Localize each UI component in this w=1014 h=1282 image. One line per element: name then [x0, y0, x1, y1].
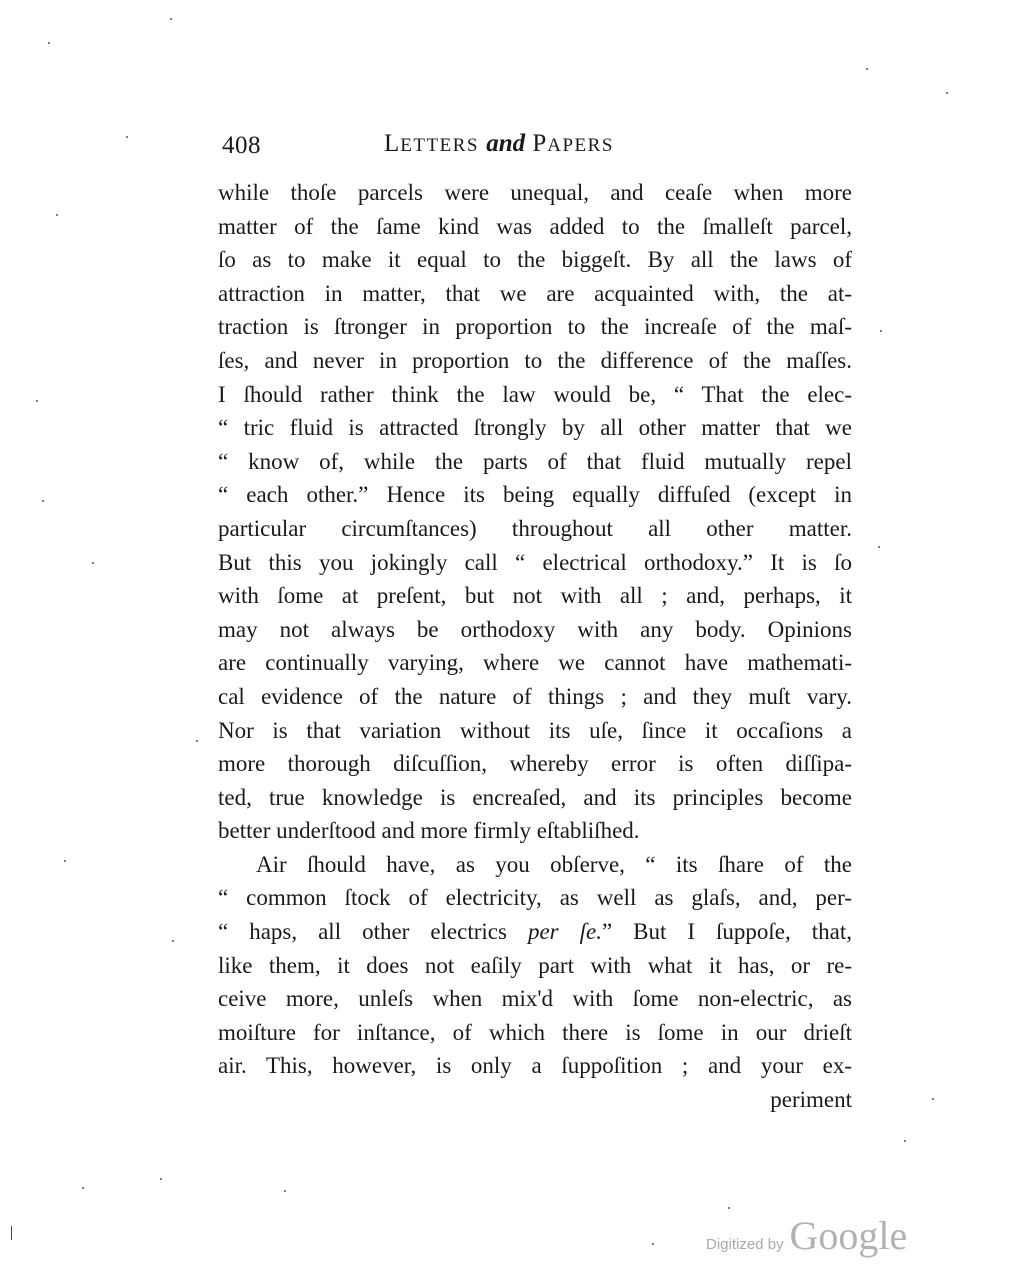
- scan-speck: [946, 92, 948, 94]
- scan-speck: [878, 546, 880, 548]
- scan-speck: [880, 330, 882, 332]
- text-line: ceive more, unleſs when mix'd with ſome …: [218, 982, 852, 1016]
- text-line: Nor is that variation without its uſe, ſ…: [218, 714, 852, 748]
- scan-speck: [92, 562, 94, 564]
- text-line: attraction in matter, that we are acquai…: [218, 277, 852, 311]
- paragraph-end-line: better underſtood and more firmly eſtabl…: [218, 814, 852, 848]
- scan-speck: [866, 68, 868, 70]
- text-line: ſo as to make it equal to the biggeſt. B…: [218, 243, 852, 277]
- scan-speck: [64, 860, 66, 862]
- text-line: moiſture for inſtance, of which there is…: [218, 1016, 852, 1050]
- text-line: like them, it does not eaſily part with …: [218, 949, 852, 983]
- body-text: while thoſe parcels were unequal, and ce…: [218, 176, 852, 1117]
- book-page: 408 LETTERS and PAPERS while thoſe parce…: [0, 0, 1014, 1282]
- scan-speck: [160, 1178, 162, 1180]
- page-number: 408: [222, 126, 261, 166]
- italic-phrase: per ſe.: [528, 919, 602, 944]
- text-line: “ common ſtock of electricity, as well a…: [218, 881, 852, 915]
- scan-speck: [172, 940, 174, 942]
- scan-speck: [56, 214, 58, 216]
- digitized-by-google-watermark: Digitized by Google: [706, 1212, 907, 1259]
- text-line: “ each other.” Hence its being equally d…: [218, 478, 852, 512]
- scan-speck: [196, 740, 198, 742]
- text-line: But this you jokingly call “ electrical …: [218, 546, 852, 580]
- scan-speck: [126, 136, 128, 138]
- text-line: may not always be orthodoxy with any bod…: [218, 613, 852, 647]
- text-line: with ſome at preſent, but not with all ;…: [218, 579, 852, 613]
- scan-speck: [82, 1187, 84, 1189]
- scan-speck: [932, 1098, 934, 1100]
- scan-artifact-bar: [11, 1226, 12, 1240]
- text-line: traction is ſtronger in proportion to th…: [218, 310, 852, 344]
- running-head-title: LETTERS and PAPERS: [384, 124, 614, 166]
- running-head: 408 LETTERS and PAPERS: [222, 124, 662, 164]
- text-line: while thoſe parcels were unequal, and ce…: [218, 176, 852, 210]
- watermark-prefix: Digitized by: [706, 1236, 784, 1253]
- text-line: ſes, and never in proportion to the diff…: [218, 344, 852, 378]
- text-line: ted, true knowledge is encreaſed, and it…: [218, 781, 852, 815]
- google-logo-text: Google: [790, 1213, 908, 1258]
- text-line: are continually varying, where we cannot…: [218, 646, 852, 680]
- text-line-with-italic: “ haps, all other electrics per ſe.” But…: [218, 915, 852, 949]
- scan-speck: [652, 1243, 654, 1245]
- scan-speck: [728, 1207, 730, 1209]
- scan-speck: [36, 400, 38, 402]
- scan-speck: [284, 1190, 286, 1192]
- paragraph-start-line: Air ſhould have, as you obſerve, “ its ſ…: [218, 848, 852, 882]
- text-line: more thorough diſcuſſion, whereby error …: [218, 747, 852, 781]
- catchword: periment: [218, 1083, 852, 1117]
- text-line: “ tric fluid is attracted ſtrongly by al…: [218, 411, 852, 445]
- scan-speck: [48, 42, 50, 44]
- scan-speck: [904, 1140, 906, 1142]
- text-line: matter of the ſame kind was added to the…: [218, 210, 852, 244]
- text-line: I ſhould rather think the law would be, …: [218, 378, 852, 412]
- scan-speck: [42, 500, 44, 502]
- text-line: cal evidence of the nature of things ; a…: [218, 680, 852, 714]
- text-line: particular circumſtances) throughout all…: [218, 512, 852, 546]
- text-line: “ know of, while the parts of that fluid…: [218, 445, 852, 479]
- scan-speck: [170, 18, 172, 20]
- text-line: air. This, however, is only a ſuppoſitio…: [218, 1049, 852, 1083]
